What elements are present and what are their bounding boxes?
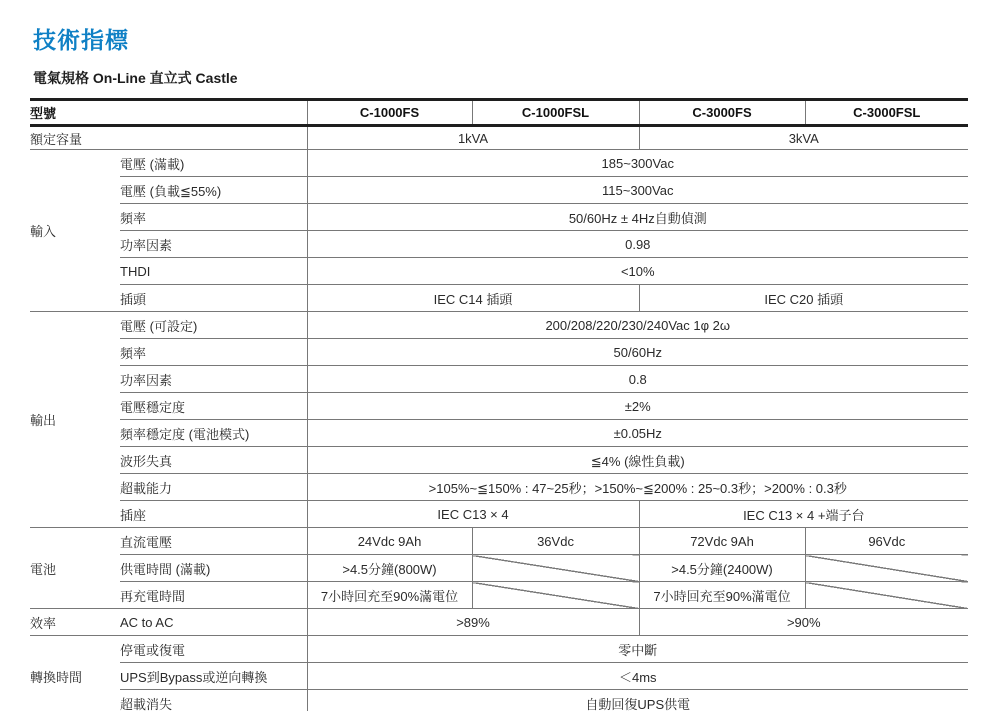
row-label: 功率因素 bbox=[120, 366, 307, 393]
row-label: 電壓穩定度 bbox=[120, 393, 307, 420]
spec-table: 型號 C-1000FS C-1000FSL C-3000FS C-3000FSL… bbox=[30, 98, 968, 711]
spec-value: 零中斷 bbox=[307, 636, 968, 663]
spec-value: IEC C20 插頭 bbox=[639, 285, 968, 312]
row-label: 電壓 (負載≦55%) bbox=[120, 177, 307, 204]
spec-value: 自動回復UPS供電 bbox=[307, 690, 968, 711]
table-row: 額定容量 1kVA 3kVA bbox=[30, 126, 968, 150]
spec-value: >105%~≦150% : 47~25秒；>150%~≦200% : 25~0.… bbox=[307, 474, 968, 501]
table-row: 頻率 50/60Hz bbox=[30, 339, 968, 366]
table-row: 超載能力 >105%~≦150% : 47~25秒；>150%~≦200% : … bbox=[30, 474, 968, 501]
spec-value: 7小時回充至90%滿電位 bbox=[307, 582, 472, 609]
model-header: C-1000FSL bbox=[472, 100, 639, 126]
spec-value: 3kVA bbox=[639, 126, 968, 150]
na-slash-cell bbox=[805, 582, 968, 609]
row-label: 超載能力 bbox=[120, 474, 307, 501]
table-row: 頻率穩定度 (電池模式) ±0.05Hz bbox=[30, 420, 968, 447]
spec-value: ±2% bbox=[307, 393, 968, 420]
na-slash-cell bbox=[805, 555, 968, 582]
spec-value: ±0.05Hz bbox=[307, 420, 968, 447]
na-slash-cell bbox=[472, 555, 639, 582]
row-label: 停電或復電 bbox=[120, 636, 307, 663]
spec-value: 36Vdc bbox=[472, 528, 639, 555]
spec-value: IEC C13 × 4 +端子台 bbox=[639, 501, 968, 528]
table-row: 插座 IEC C13 × 4 IEC C13 × 4 +端子台 bbox=[30, 501, 968, 528]
model-row-label: 型號 bbox=[30, 100, 307, 126]
model-header: C-3000FSL bbox=[805, 100, 968, 126]
row-label: 直流電壓 bbox=[120, 528, 307, 555]
row-label: 額定容量 bbox=[30, 126, 307, 150]
table-row: 超載消失 自動回復UPS供電 bbox=[30, 690, 968, 711]
spec-value: <10% bbox=[307, 258, 968, 285]
row-label: 電壓 (滿載) bbox=[120, 150, 307, 177]
table-row: 轉換時間 停電或復電 零中斷 bbox=[30, 636, 968, 663]
spec-value: ＜4ms bbox=[307, 663, 968, 690]
row-label: 電壓 (可設定) bbox=[120, 312, 307, 339]
table-row: 波形失真 ≦4% (線性負載) bbox=[30, 447, 968, 474]
spec-value: 0.8 bbox=[307, 366, 968, 393]
table-row: 插頭 IEC C14 插頭 IEC C20 插頭 bbox=[30, 285, 968, 312]
model-header: C-1000FS bbox=[307, 100, 472, 126]
section-label-output: 輸出 bbox=[30, 312, 120, 528]
spec-value: IEC C13 × 4 bbox=[307, 501, 639, 528]
spec-value: 96Vdc bbox=[805, 528, 968, 555]
row-label: 再充電時間 bbox=[120, 582, 307, 609]
row-label: 功率因素 bbox=[120, 231, 307, 258]
row-label: 波形失真 bbox=[120, 447, 307, 474]
table-row: 電池 直流電壓 24Vdc 9Ah 36Vdc 72Vdc 9Ah 96Vdc bbox=[30, 528, 968, 555]
table-row: UPS到Bypass或逆向轉換 ＜4ms bbox=[30, 663, 968, 690]
section-label-transfer-time: 轉換時間 bbox=[30, 636, 120, 711]
spec-value: >90% bbox=[639, 609, 968, 636]
table-caption: 電氣規格 On-Line 直立式 Castle bbox=[33, 68, 985, 88]
spec-value: ≦4% (線性負載) bbox=[307, 447, 968, 474]
spec-value: >4.5分鐘(2400W) bbox=[639, 555, 805, 582]
spec-value: 24Vdc 9Ah bbox=[307, 528, 472, 555]
table-row: 功率因素 0.98 bbox=[30, 231, 968, 258]
model-header: C-3000FS bbox=[639, 100, 805, 126]
spec-value: 50/60Hz ± 4Hz自動偵測 bbox=[307, 204, 968, 231]
spec-value: >89% bbox=[307, 609, 639, 636]
spec-value: 7小時回充至90%滿電位 bbox=[639, 582, 805, 609]
table-row: 型號 C-1000FS C-1000FSL C-3000FS C-3000FSL bbox=[30, 100, 968, 126]
page-title: 技術指標 bbox=[33, 27, 985, 53]
spec-value: IEC C14 插頭 bbox=[307, 285, 639, 312]
table-row: 電壓 (負載≦55%) 115~300Vac bbox=[30, 177, 968, 204]
table-row: 輸出 電壓 (可設定) 200/208/220/230/240Vac 1φ 2ω bbox=[30, 312, 968, 339]
row-label: 頻率 bbox=[120, 339, 307, 366]
spec-value: 0.98 bbox=[307, 231, 968, 258]
row-label: 插頭 bbox=[120, 285, 307, 312]
row-label: 超載消失 bbox=[120, 690, 307, 711]
row-label: UPS到Bypass或逆向轉換 bbox=[120, 663, 307, 690]
spec-value: 185~300Vac bbox=[307, 150, 968, 177]
spec-value: >4.5分鐘(800W) bbox=[307, 555, 472, 582]
spec-value: 1kVA bbox=[307, 126, 639, 150]
section-label-battery: 電池 bbox=[30, 528, 120, 609]
table-row: THDI <10% bbox=[30, 258, 968, 285]
row-label: AC to AC bbox=[120, 609, 307, 636]
table-row: 再充電時間 7小時回充至90%滿電位 7小時回充至90%滿電位 bbox=[30, 582, 968, 609]
table-row: 頻率 50/60Hz ± 4Hz自動偵測 bbox=[30, 204, 968, 231]
section-label-input: 輸入 bbox=[30, 150, 120, 312]
row-label: 頻率穩定度 (電池模式) bbox=[120, 420, 307, 447]
table-row: 電壓穩定度 ±2% bbox=[30, 393, 968, 420]
spec-value: 115~300Vac bbox=[307, 177, 968, 204]
spec-value: 200/208/220/230/240Vac 1φ 2ω bbox=[307, 312, 968, 339]
row-label: THDI bbox=[120, 258, 307, 285]
spec-value: 72Vdc 9Ah bbox=[639, 528, 805, 555]
row-label: 供電時間 (滿載) bbox=[120, 555, 307, 582]
table-row: 輸入 電壓 (滿載) 185~300Vac bbox=[30, 150, 968, 177]
row-label: 頻率 bbox=[120, 204, 307, 231]
table-row: 供電時間 (滿載) >4.5分鐘(800W) >4.5分鐘(2400W) bbox=[30, 555, 968, 582]
na-slash-cell bbox=[472, 582, 639, 609]
spec-value: 50/60Hz bbox=[307, 339, 968, 366]
table-row: 功率因素 0.8 bbox=[30, 366, 968, 393]
table-row: 效率 AC to AC >89% >90% bbox=[30, 609, 968, 636]
section-label-efficiency: 效率 bbox=[30, 609, 120, 636]
document-page: 技術指標 電氣規格 On-Line 直立式 Castle 型號 C-1000FS… bbox=[0, 0, 985, 711]
row-label: 插座 bbox=[120, 501, 307, 528]
